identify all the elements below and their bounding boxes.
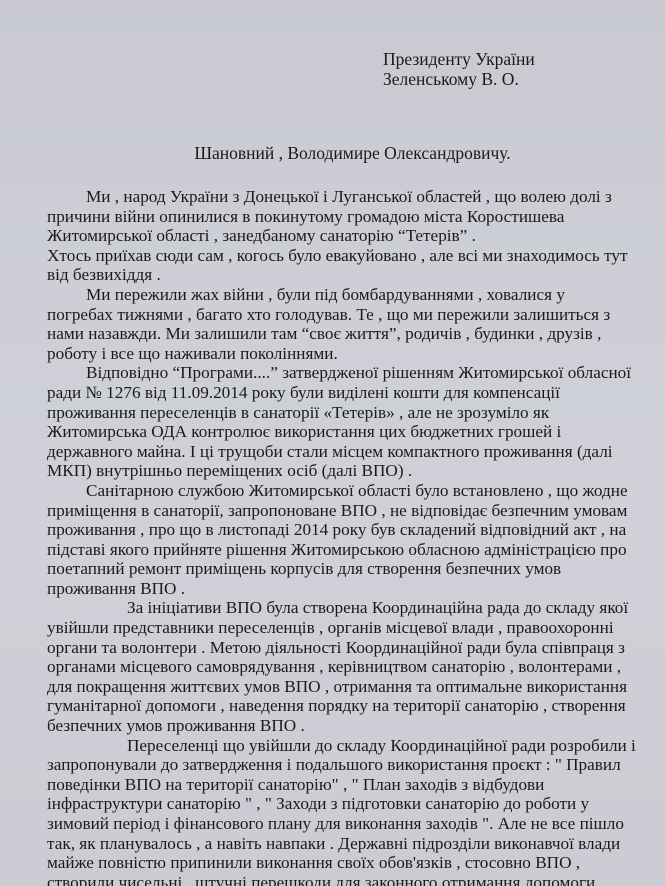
paragraph-line: для покращення життєвих умов ВПО , отрим…	[47, 677, 627, 697]
paragraph-6: Переселенці що увійшли до складу Координ…	[47, 736, 627, 886]
paragraph-line: Відповідно “Програми....” затвердженої р…	[47, 363, 627, 383]
paragraph-line: органи та волонтери . Метою діяльності К…	[47, 638, 627, 658]
paragraph-line: поетапний ремонт приміщень корпусів для …	[47, 559, 627, 579]
paragraph-line: приміщення в санаторії, запропоноване ВП…	[47, 501, 627, 521]
paragraph-line: від безвихіддя .	[47, 265, 627, 285]
paragraph-line: причини війни опинилися в покинутому гро…	[47, 207, 627, 227]
paragraph-line: проживання переселенців в санаторії «Тет…	[47, 403, 627, 423]
addressee-name: Зеленському В. О.	[383, 69, 535, 89]
paragraph-line: проживання ВПО .	[47, 579, 627, 599]
paragraph-1: Ми , народ України з Донецької і Лугансь…	[47, 187, 627, 285]
paragraph-line: підставі якого прийняте рішення Житомирс…	[47, 540, 627, 560]
paragraph-line: так, як планувалось , а навіть навпаки .…	[47, 834, 627, 854]
paragraph-line: Житомирської області , занедбаному санат…	[47, 226, 627, 246]
addressee-block: Президенту України Зеленському В. О.	[383, 49, 535, 89]
paragraph-line: запропонували до затвердження і подальшо…	[47, 755, 627, 775]
paragraph-line: майже повністю припинили виконання своїх…	[47, 853, 627, 873]
paragraph-line: гуманітарної допомоги , наведення порядк…	[47, 696, 627, 716]
paragraph-line: органами місцевого самоврядування , кері…	[47, 657, 627, 677]
paragraph-line: поведінки ВПО на території санаторію" , …	[47, 775, 627, 795]
paragraph-line: Ми пережили жах війни , були під бомбард…	[47, 285, 627, 305]
paragraph-line: Переселенці що увійшли до складу Координ…	[47, 736, 627, 756]
paragraph-line: увійшли представники переселенців , орга…	[47, 618, 627, 638]
paragraph-line: нами назавжди. Ми залишили там “своє жит…	[47, 324, 627, 344]
paragraph-line: ради № 1276 від 11.09.2014 року були вид…	[47, 383, 627, 403]
paragraph-line: створили чисельні , штучні перешкоди для…	[47, 873, 627, 886]
paragraph-4: Санітарною службою Житомирської області …	[47, 481, 627, 599]
paragraph-line: Житомирська ОДА контролює використання ц…	[47, 422, 627, 442]
paragraph-line: Ми , народ України з Донецької і Лугансь…	[47, 187, 627, 207]
paragraph-line: Санітарною службою Житомирської області …	[47, 481, 627, 501]
paragraph-2: Ми пережили жах війни , були під бомбард…	[47, 285, 627, 363]
paragraph-line: безпечних умов проживання ВПО .	[47, 716, 627, 736]
paragraph-line: проживання , про що в листопаді 2014 рок…	[47, 520, 627, 540]
paragraph-3: Відповідно “Програми....” затвердженої р…	[47, 363, 627, 481]
letter-body: Ми , народ України з Донецької і Лугансь…	[47, 187, 627, 886]
paragraph-line: зимовий період і фінансового плану для в…	[47, 814, 627, 834]
paragraph-5: За ініціативи ВПО була створена Координа…	[47, 598, 627, 735]
paragraph-line: За ініціативи ВПО була створена Координа…	[47, 598, 627, 618]
addressee-title: Президенту України	[383, 49, 535, 69]
paragraph-line: роботу і все що наживали поколіннями.	[47, 344, 627, 364]
paragraph-line: Хтось приїхав сюди сам , когось було ева…	[47, 246, 627, 266]
paragraph-line: погребах тижнями , багато хто голодував.…	[47, 305, 627, 325]
paragraph-line: МКП) внутрішньо переміщених осіб (далі В…	[47, 461, 627, 481]
paragraph-line: інфраструктури санаторію " , " Заходи з …	[47, 794, 627, 814]
paragraph-line: державного майна. І ці трущоби стали міс…	[47, 442, 627, 462]
salutation: Шановний , Володимире Олександровичу.	[0, 143, 665, 163]
letter-page: Президенту України Зеленському В. О. Шан…	[0, 0, 665, 886]
